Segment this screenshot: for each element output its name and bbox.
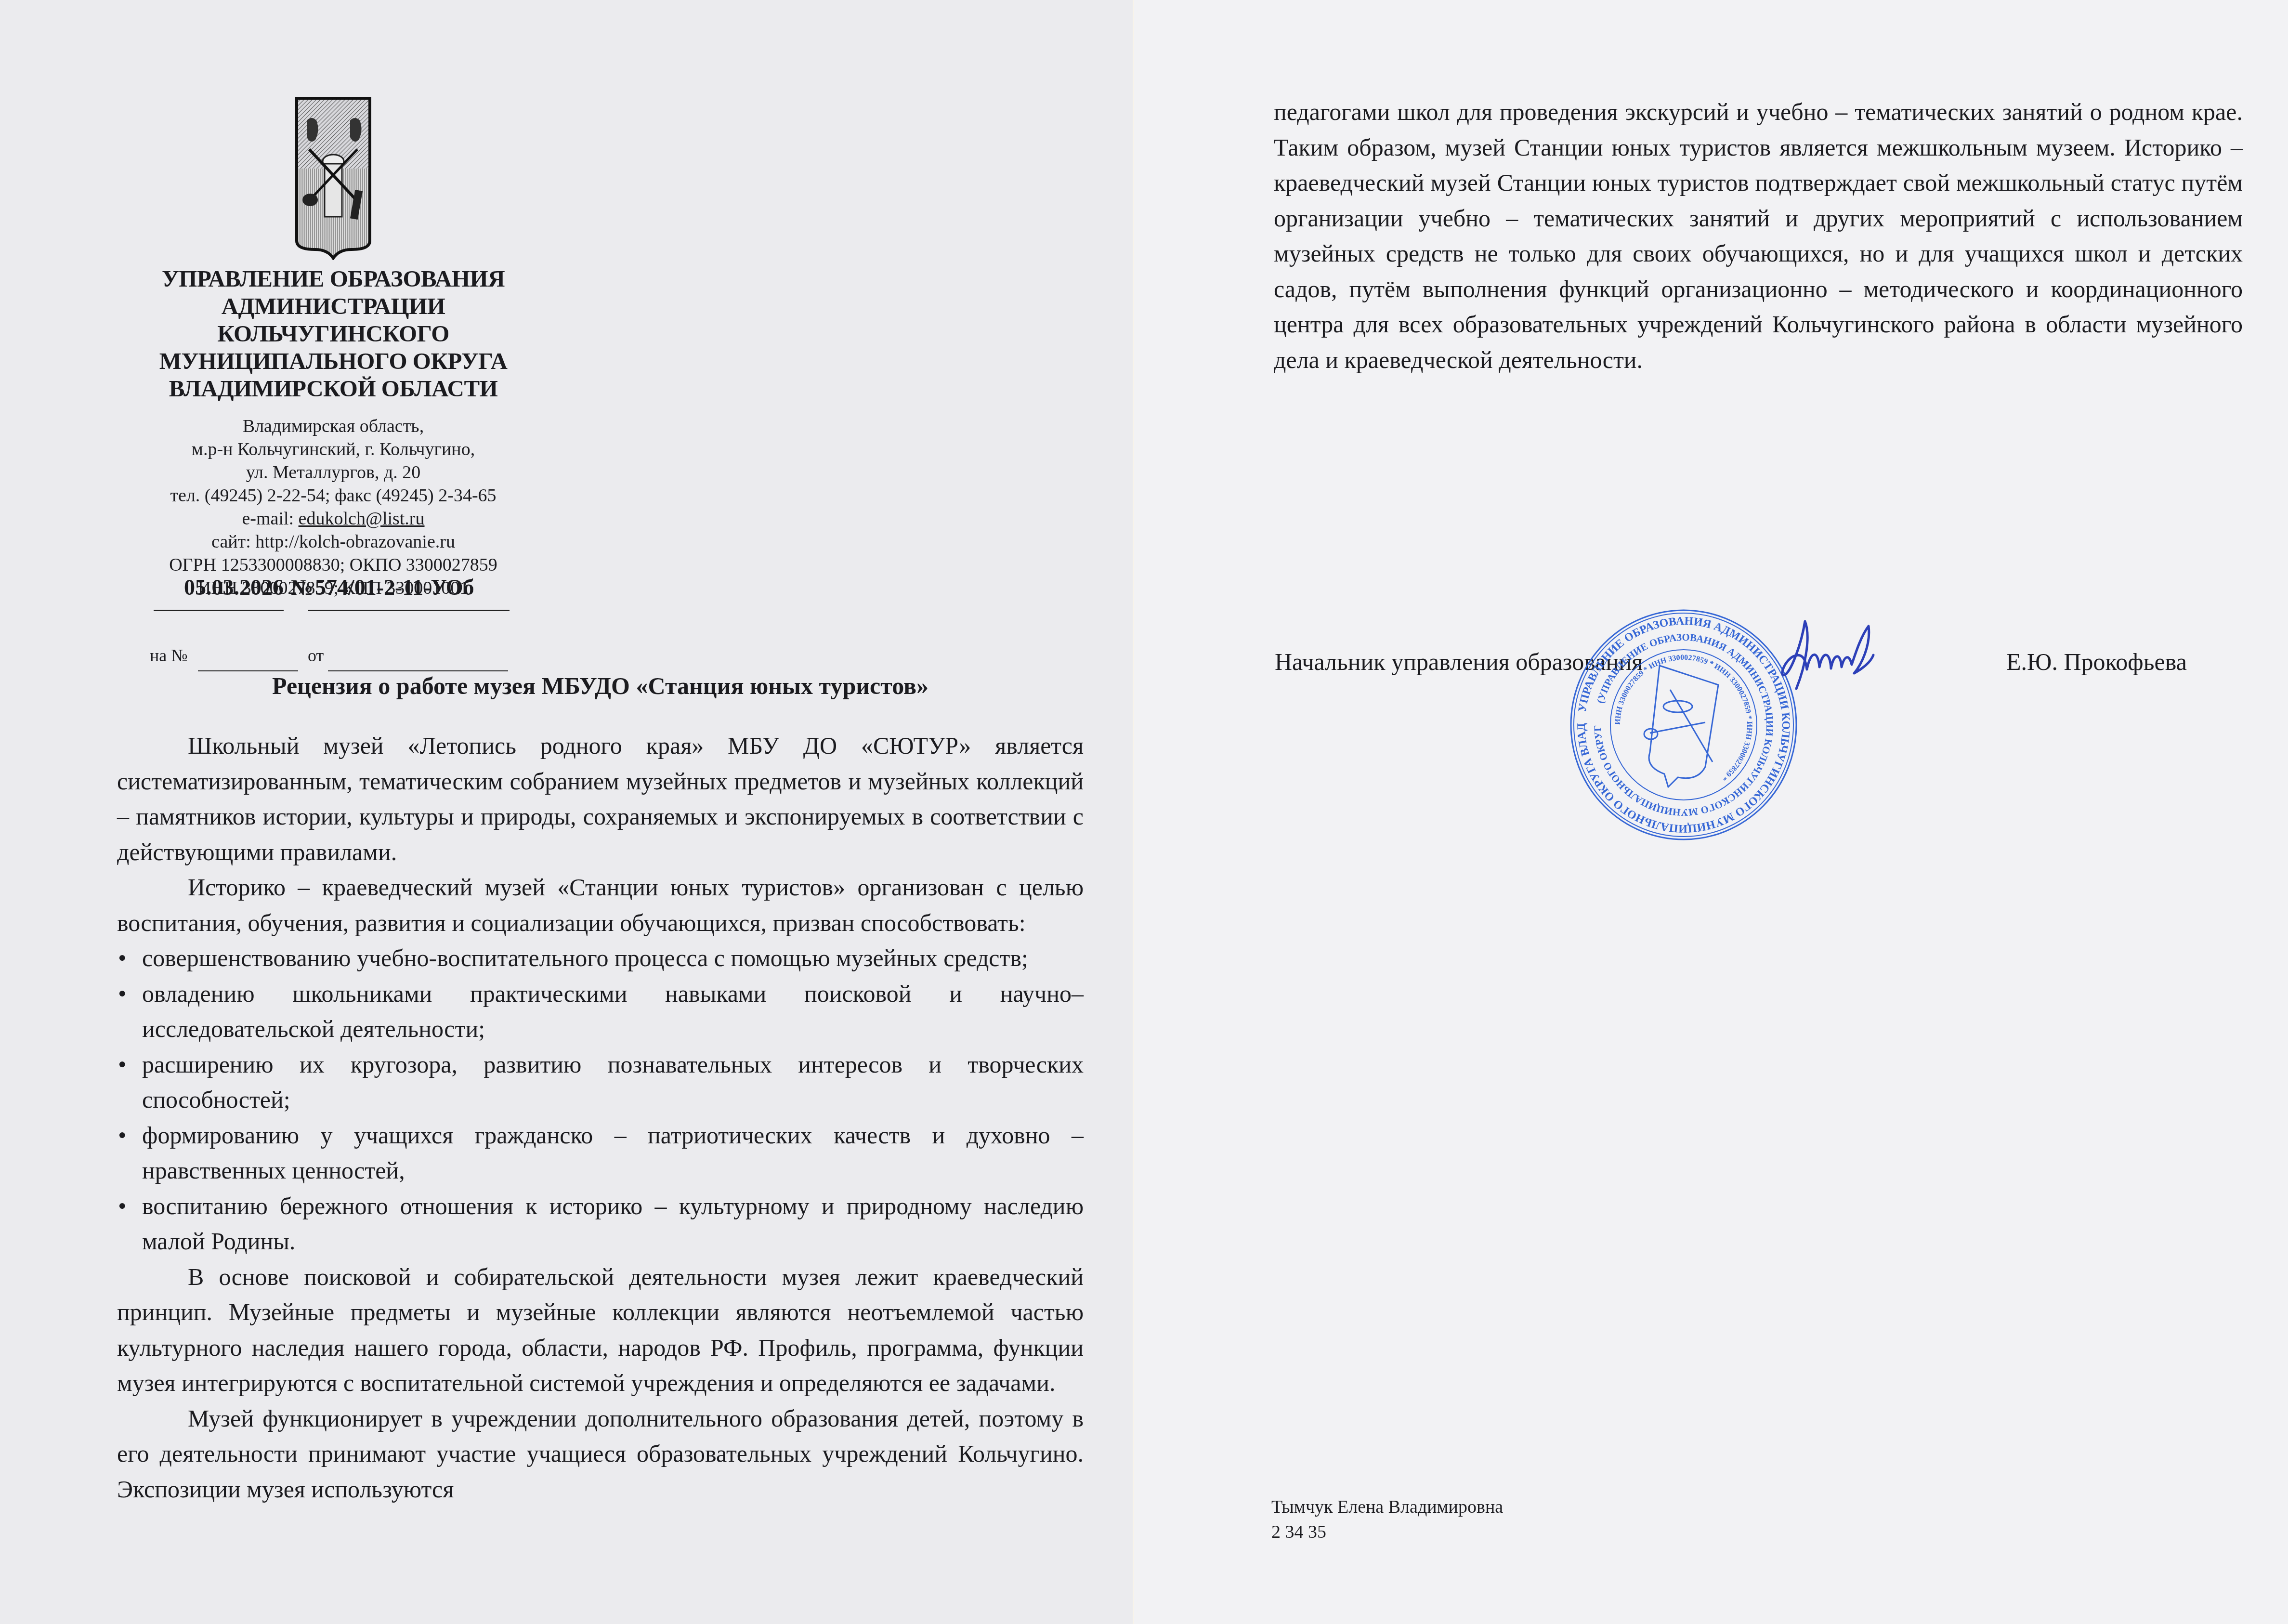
- email-label: e-mail:: [242, 509, 298, 529]
- address-line: м.р-н Кольчугинский, г. Кольчугино,: [126, 438, 540, 461]
- list-item: •воспитанию бережного отношения к истори…: [117, 1189, 1084, 1259]
- phone-fax-line: тел. (49245) 2-22-54; факс (49245) 2-34-…: [126, 484, 540, 507]
- org-name-line: МУНИЦИПАЛЬНОГО ОКРУГА: [126, 347, 540, 375]
- page-left: УПРАВЛЕНИЕ ОБРАЗОВАНИЯ АДМИНИСТРАЦИИ КОЛ…: [0, 0, 1133, 1624]
- bullet-icon: •: [118, 1118, 127, 1153]
- registration-line: 05.03.2026 № 574/01-2-11-УОб: [154, 568, 520, 616]
- list-item-text: формированию у учащихся гражданско – пат…: [142, 1122, 1084, 1184]
- org-name-line: УПРАВЛЕНИЕ ОБРАЗОВАНИЯ: [126, 265, 540, 292]
- executor-phone: 2 34 35: [1271, 1519, 1503, 1545]
- right-body-text: педагогами школ для проведения экскурсий…: [1274, 94, 2243, 378]
- list-item-text: совершенствованию учебно-воспитательного…: [142, 944, 1028, 971]
- ref-number-label: на №: [150, 645, 188, 666]
- org-name-line: КОЛЬЧУГИНСКОГО: [126, 320, 540, 347]
- paragraph: Историко – краеведческий музей «Станции …: [117, 870, 1084, 941]
- address-line: ул. Металлургов, д. 20: [126, 461, 540, 484]
- address-line: Владимирская область,: [126, 415, 540, 438]
- list-item-text: воспитанию бережного отношения к историк…: [142, 1192, 1084, 1255]
- paragraph: Музей функционирует в учреждении дополни…: [117, 1401, 1084, 1507]
- signer-name: Е.Ю. Прокофьева: [2006, 644, 2187, 680]
- paragraph-continuation: педагогами школ для проведения экскурсий…: [1274, 94, 2243, 378]
- bullet-icon: •: [118, 976, 127, 1012]
- site-line: сайт: http://kolch-obrazovanie.ru: [126, 530, 540, 553]
- letterhead: УПРАВЛЕНИЕ ОБРАЗОВАНИЯ АДМИНИСТРАЦИИ КОЛ…: [126, 96, 540, 600]
- executor-name: Тымчук Елена Владимировна: [1271, 1494, 1503, 1519]
- left-body-text: Школьный музей «Летопись родного края» М…: [117, 728, 1084, 1507]
- list-item-text: расширению их кругозора, развитию познав…: [142, 1051, 1084, 1113]
- list-item: •совершенствованию учебно-воспитательног…: [117, 941, 1084, 976]
- ref-date-label: от: [308, 645, 324, 666]
- org-name-line: АДМИНИСТРАЦИИ: [126, 292, 540, 320]
- bullet-icon: •: [118, 1047, 127, 1083]
- executor-info: Тымчук Елена Владимировна 2 34 35: [1271, 1494, 1503, 1545]
- org-name: УПРАВЛЕНИЕ ОБРАЗОВАНИЯ АДМИНИСТРАЦИИ КОЛ…: [126, 265, 540, 402]
- list-item-text: овладению школьниками практическими навы…: [142, 980, 1084, 1043]
- bullet-icon: •: [118, 1189, 127, 1224]
- email-line: e-mail: edukolch@list.ru: [126, 507, 540, 530]
- bullet-list: •совершенствованию учебно-воспитательног…: [117, 941, 1084, 1259]
- registration-number: 574/01-2-11-УОб: [308, 568, 510, 611]
- document-title: Рецензия о работе музея МБУДО «Станция ю…: [117, 668, 1084, 704]
- handwritten-signature-icon: [1777, 616, 1893, 694]
- email-link[interactable]: edukolch@list.ru: [299, 509, 425, 529]
- paragraph: В основе поисковой и собирательской деят…: [117, 1259, 1084, 1401]
- official-seal-icon: УПРАВЛЕНИЕ ОБРАЗОВАНИЯ АДМИНИСТРАЦИИ КОЛ…: [1568, 608, 1799, 842]
- paragraph: Школьный музей «Летопись родного края» М…: [117, 728, 1084, 870]
- bullet-icon: •: [118, 941, 127, 976]
- list-item: •овладению школьниками практическими нав…: [117, 976, 1084, 1047]
- list-item: •расширению их кругозора, развитию позна…: [117, 1047, 1084, 1118]
- coat-of-arms-icon: [295, 96, 372, 260]
- registration-date: 05.03.2026: [154, 568, 284, 611]
- org-name-line: ВЛАДИМИРСКОЙ ОБЛАСТИ: [126, 375, 540, 402]
- list-item: •формированию у учащихся гражданско – па…: [117, 1118, 1084, 1189]
